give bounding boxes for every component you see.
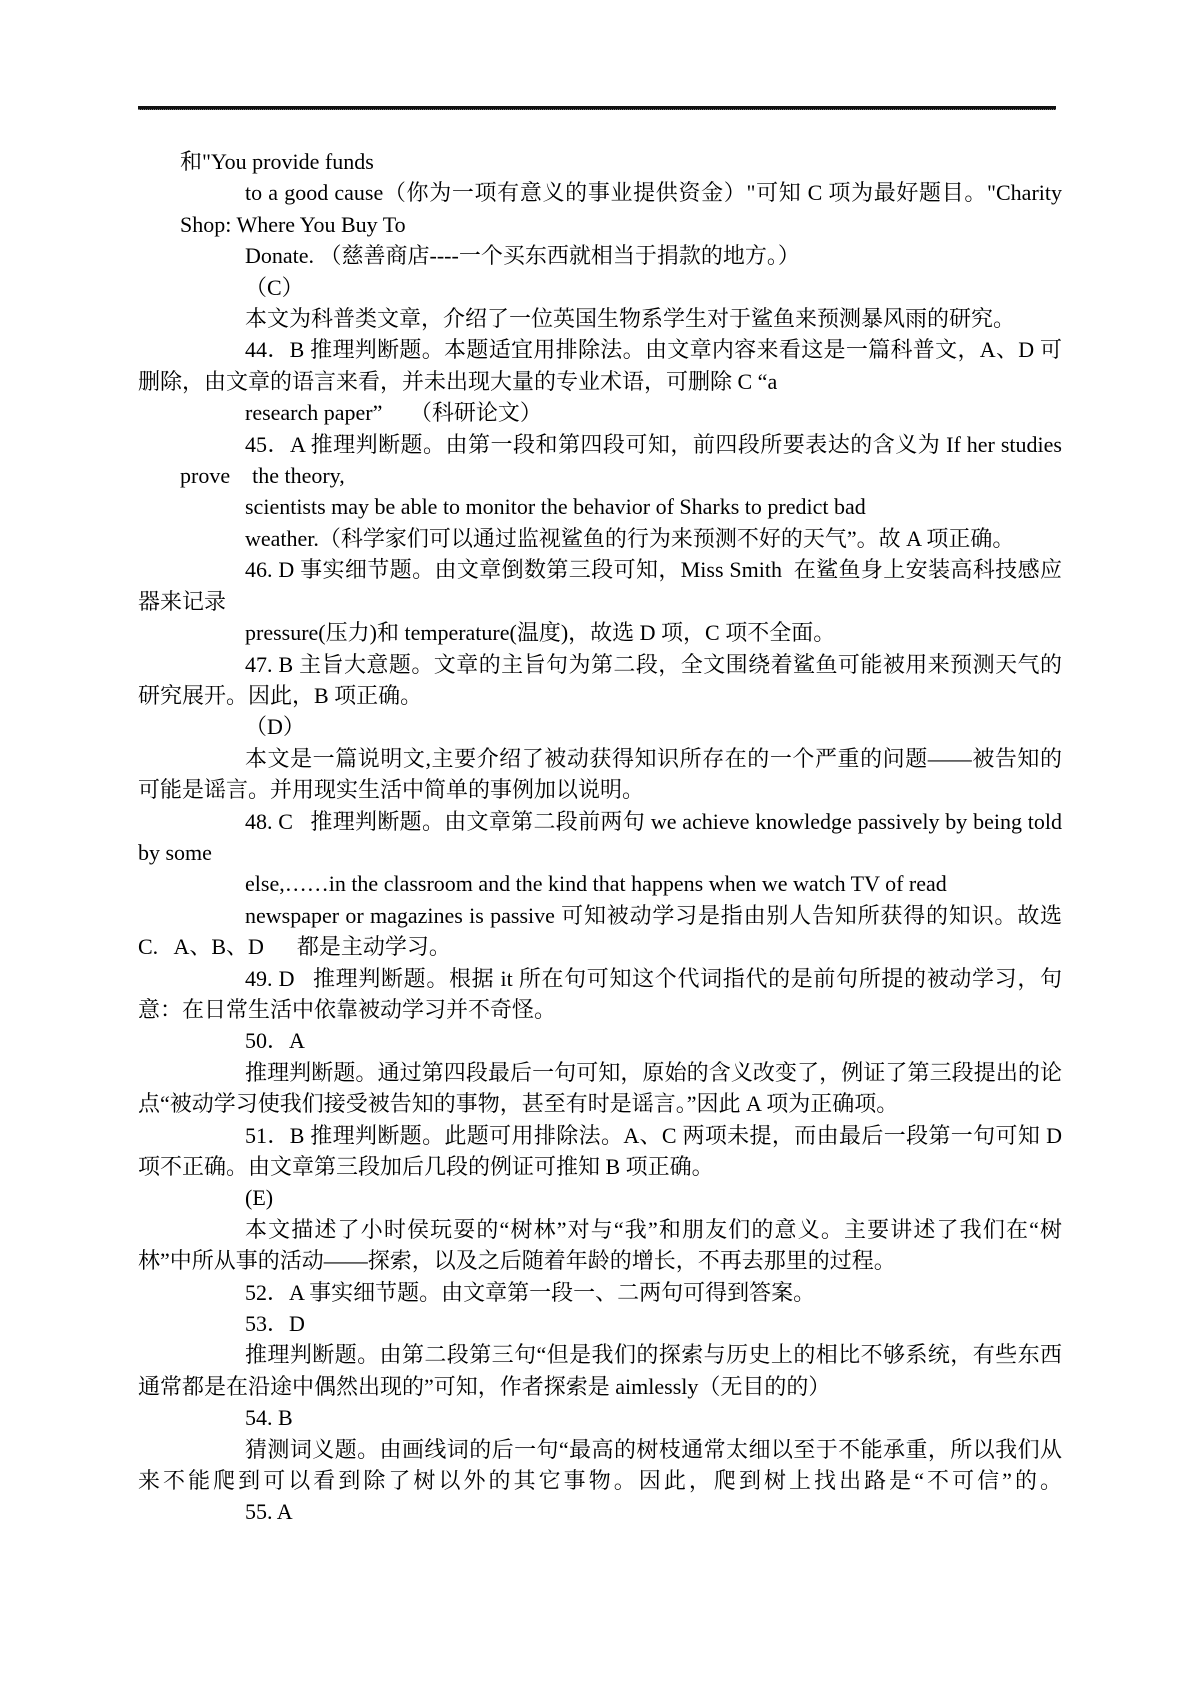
text-line: 44．B 推理判断题。本题适宜用排除法。由文章内容来看这是一篇科普文，A、D 可	[138, 334, 1062, 365]
text-line: （C）	[138, 272, 1062, 303]
text-line: 通常都是在沿途中偶然出现的”可知，作者探索是 aimlessly（无目的的）	[138, 1371, 1062, 1402]
text-line: 点“被动学习使我们接受被告知的事物，甚至有时是谣言。”因此 A 项为正确项。	[138, 1088, 1062, 1119]
text-line: 可能是谣言。并用现实生活中简单的事例加以说明。	[138, 774, 1062, 805]
text-line: 本文为科普类文章，介绍了一位英国生物系学生对于鲨鱼来预测暴风雨的研究。	[138, 303, 1062, 334]
text-line: C. A、B、D 都是主动学习。	[138, 931, 1062, 962]
text-line: 55. A	[138, 1496, 1062, 1527]
text-line: 和"You provide funds	[138, 146, 1062, 177]
text-line: 来不能爬到可以看到除了树以外的其它事物。因此，爬到树上找出路是“不可信”的。	[138, 1465, 1062, 1496]
text-line: pressure(压力)和 temperature(温度)，故选 D 项，C 项…	[138, 617, 1062, 648]
text-line: 52．A 事实细节题。由文章第一段一、二两句可得到答案。	[138, 1277, 1062, 1308]
text-line: 本文描述了小时侯玩耍的“树林”对与“我”和朋友们的意义。主要讲述了我们在“树	[138, 1214, 1062, 1245]
text-line: scientists may be able to monitor the be…	[138, 491, 1062, 522]
text-line: 研究展开。因此，B 项正确。	[138, 680, 1062, 711]
text-line: 46. D 事实细节题。由文章倒数第三段可知，Miss Smith 在鲨鱼身上安…	[138, 554, 1062, 585]
text-line: research paper” （科研论文）	[138, 397, 1062, 428]
text-line: 林”中所从事的活动——探索，以及之后随着年龄的增长，不再去那里的过程。	[138, 1245, 1062, 1276]
text-line: 48. C 推理判断题。由文章第二段前两句 we achieve knowled…	[138, 806, 1062, 837]
text-line: 50．A	[138, 1025, 1062, 1056]
text-line: weather.（科学家们可以通过监视鲨鱼的行为来预测不好的天气”。故 A 项正…	[138, 523, 1062, 554]
document-body: 和"You provide funds to a good cause（你为一项…	[138, 146, 1062, 1528]
text-line: 本文是一篇说明文,主要介绍了被动获得知识所存在的一个严重的问题——被告知的	[138, 743, 1062, 774]
text-line: prove the theory,	[138, 460, 1062, 491]
text-line: 删除，由文章的语言来看，并未出现大量的专业术语，可删除 C “a	[138, 366, 1062, 397]
text-line: 推理判断题。通过第四段最后一句可知，原始的含义改变了，例证了第三段提出的论	[138, 1057, 1062, 1088]
text-line: by some	[138, 837, 1062, 868]
text-line: Shop: Where You Buy To	[138, 209, 1062, 240]
text-line: 器来记录	[138, 586, 1062, 617]
text-line: 项不正确。由文章第三段加后几段的例证可推知 B 项正确。	[138, 1151, 1062, 1182]
text-line: 意：在日常生活中依靠被动学习并不奇怪。	[138, 994, 1062, 1025]
text-line: else,……in the classroom and the kind tha…	[138, 868, 1062, 899]
text-line: (E)	[138, 1182, 1062, 1213]
text-line: newspaper or magazines is passive 可知被动学习…	[138, 900, 1062, 931]
text-line: to a good cause（你为一项有意义的事业提供资金）"可知 C 项为最…	[138, 177, 1062, 208]
text-line: （D）	[138, 711, 1062, 742]
text-line: 49. D 推理判断题。根据 it 所在句可知这个代词指代的是前句所提的被动学习…	[138, 963, 1062, 994]
text-line: 53．D	[138, 1308, 1062, 1339]
text-line: 45．A 推理判断题。由第一段和第四段可知，前四段所要表达的含义为 If her…	[138, 429, 1062, 460]
text-line: 猜测词义题。由画线词的后一句“最高的树枝通常太细以至于不能承重，所以我们从	[138, 1434, 1062, 1465]
document-page: 和"You provide funds to a good cause（你为一项…	[0, 0, 1200, 1698]
text-line: 47. B 主旨大意题。文章的主旨句为第二段，全文围绕着鲨鱼可能被用来预测天气的	[138, 649, 1062, 680]
text-line: 54. B	[138, 1402, 1062, 1433]
text-line: 推理判断题。由第二段第三句“但是我们的探索与历史上的相比不够系统，有些东西	[138, 1339, 1062, 1370]
text-line: 51．B 推理判断题。此题可用排除法。A、C 两项未提，而由最后一段第一句可知 …	[138, 1120, 1062, 1151]
header-rule	[138, 106, 1056, 110]
text-line: Donate. （慈善商店----一个买东西就相当于捐款的地方。）	[138, 240, 1062, 271]
